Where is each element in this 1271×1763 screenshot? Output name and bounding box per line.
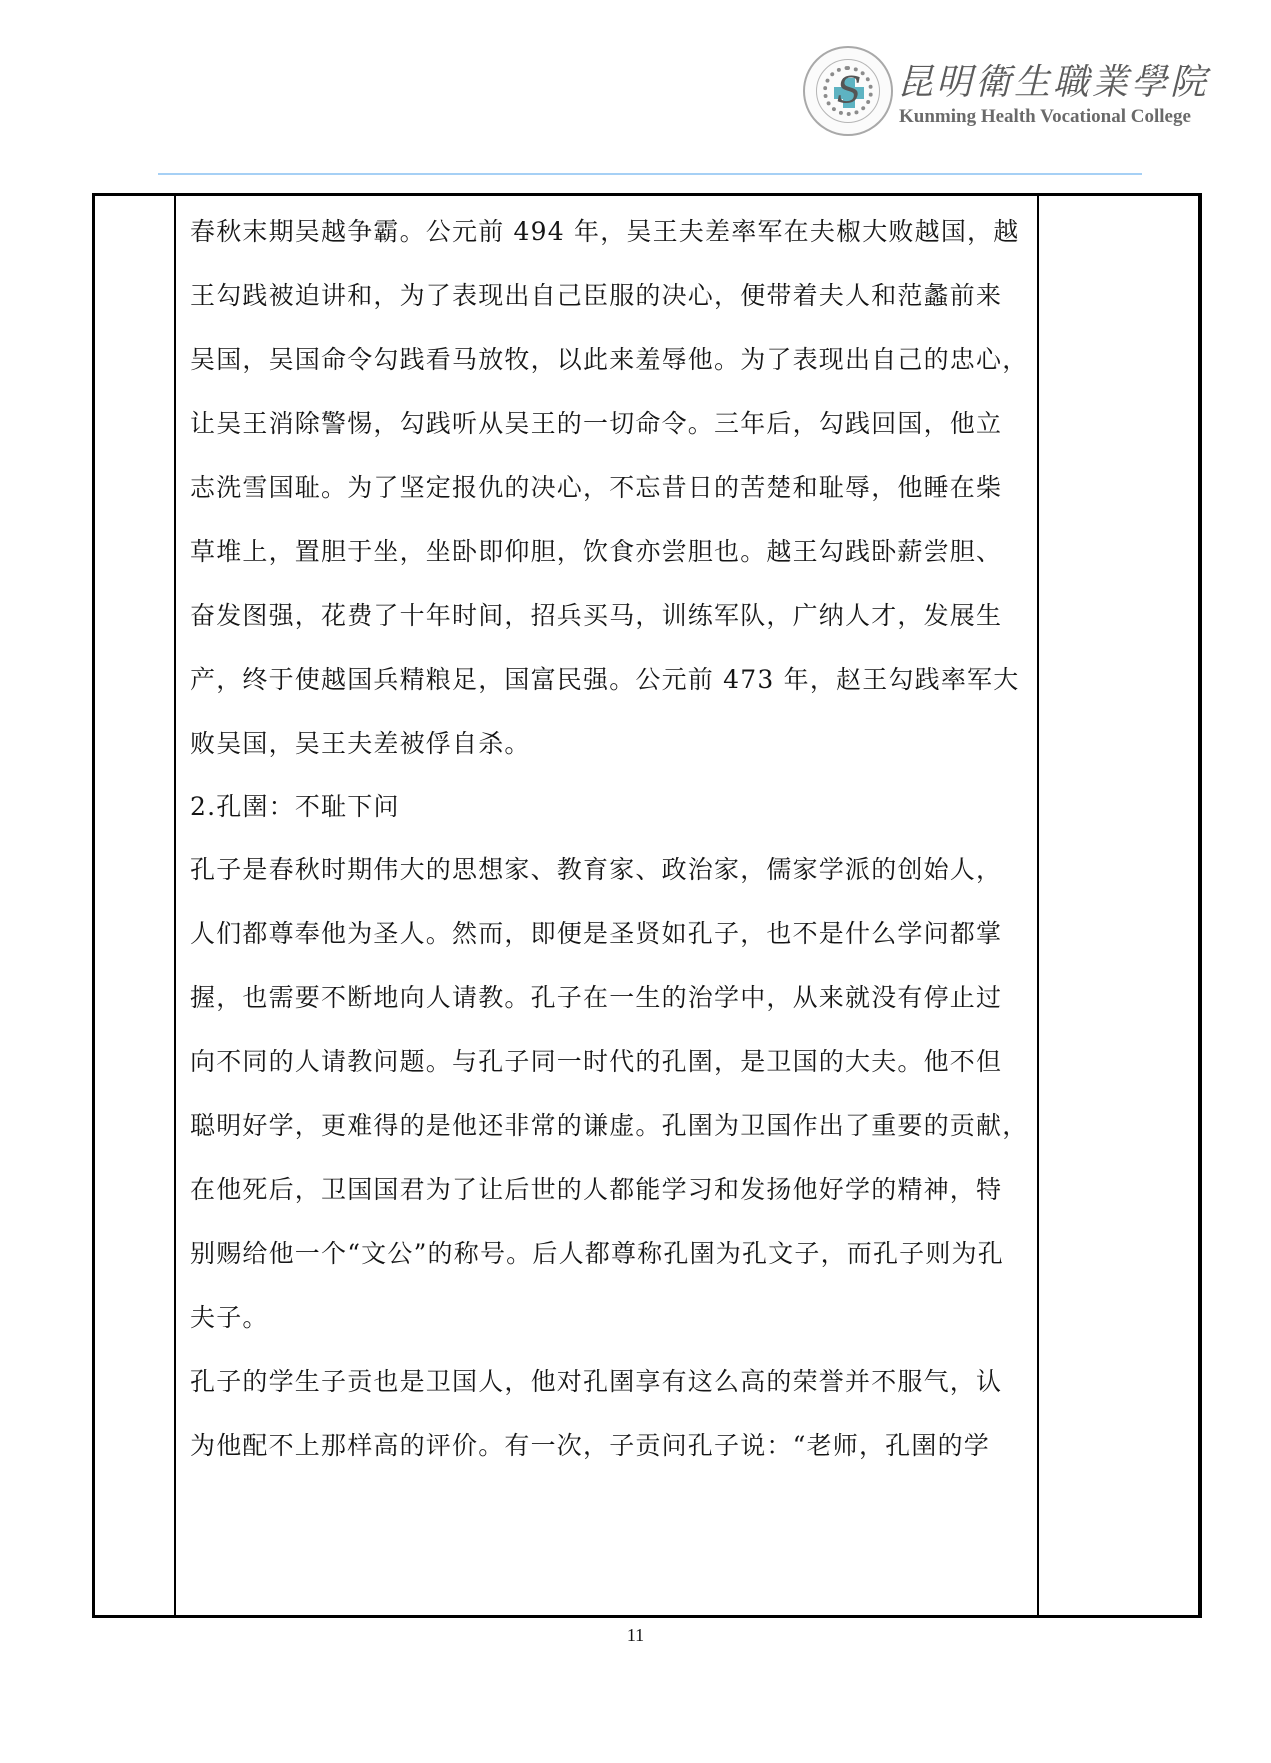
- paragraph-line: 让吴王消除警惕，勾践听从吴王的一切命令。三年后，勾践回国，他立: [190, 406, 1002, 442]
- column-divider-left: [174, 196, 176, 1615]
- header-divider: [158, 173, 1142, 175]
- paragraph-line: 为他配不上那样高的评价。有一次，子贡问孔子说：“老师，孔圉的学: [190, 1428, 990, 1464]
- serpent-icon: S: [835, 72, 863, 112]
- paragraph-line: 奋发图强，花费了十年时间，招兵买马，训练军队，广纳人才，发展生: [190, 598, 1002, 634]
- paragraph-line: 别赐给他一个“文公”的称号。后人都尊称孔圉为孔文子，而孔子则为孔: [190, 1236, 1004, 1272]
- column-divider-right: [1037, 196, 1039, 1615]
- paragraph-line: 志洗雪国耻。为了坚定报仇的决心，不忘昔日的苦楚和耻辱，他睡在柴: [190, 470, 1002, 506]
- paragraph-line: 向不同的人请教问题。与孔子同一时代的孔圉，是卫国的大夫。他不但: [190, 1044, 1002, 1080]
- paragraph-line: 草堆上，置胆于坐，坐卧即仰胆，饮食亦尝胆也。越王勾践卧薪尝胆、: [190, 534, 1002, 570]
- section-heading: 2.孔圉：不耻下问: [190, 789, 400, 825]
- paragraph-line: 握，也需要不断地向人请教。孔子在一生的治学中，从来就没有停止过: [190, 980, 1002, 1016]
- content-table: 春秋末期吴越争霸。公元前 494 年，吴王夫差率军在夫椒大败越国，越 王勾践被迫…: [92, 193, 1202, 1618]
- paragraph-line: 在他死后，卫国国君为了让后世的人都能学习和发扬他好学的精神，特: [190, 1172, 1002, 1208]
- college-name-chinese: 昆明衛生職業學院: [897, 54, 1209, 105]
- paragraph-line: 春秋末期吴越争霸。公元前 494 年，吴王夫差率军在夫椒大败越国，越: [190, 214, 1019, 250]
- college-emblem-icon: S: [803, 46, 893, 136]
- paragraph-line: 吴国，吴国命令勾践看马放牧，以此来羞辱他。为了表现出自己的忠心，: [190, 342, 1028, 378]
- paragraph-line: 聪明好学，更难得的是他还非常的谦虚。孔圉为卫国作出了重要的贡献，: [190, 1108, 1028, 1144]
- paragraph-line: 孔子的学生子贡也是卫国人，他对孔圉享有这么高的荣誉并不服气，认: [190, 1364, 1002, 1400]
- page-number: 11: [0, 1625, 1271, 1646]
- paragraph-line: 王勾践被迫讲和，为了表现出自己臣服的决心，便带着夫人和范蠡前来: [190, 278, 1002, 314]
- college-name-english: Kunming Health Vocational College: [899, 106, 1191, 128]
- paragraph-line: 产，终于使越国兵精粮足，国富民强。公元前 473 年，赵王勾践率军大: [190, 662, 1019, 698]
- college-logo: S 昆明衛生職業學院 Kunming Health Vocational Col…: [803, 46, 1193, 142]
- paragraph-line: 人们都尊奉他为圣人。然而，即便是圣贤如孔子，也不是什么学问都掌: [190, 916, 1002, 952]
- paragraph-line: 败吴国，吴王夫差被俘自杀。: [190, 726, 531, 762]
- paragraph-line: 夫子。: [190, 1300, 269, 1336]
- paragraph-line: 孔子是春秋时期伟大的思想家、教育家、政治家，儒家学派的创始人，: [190, 852, 1002, 888]
